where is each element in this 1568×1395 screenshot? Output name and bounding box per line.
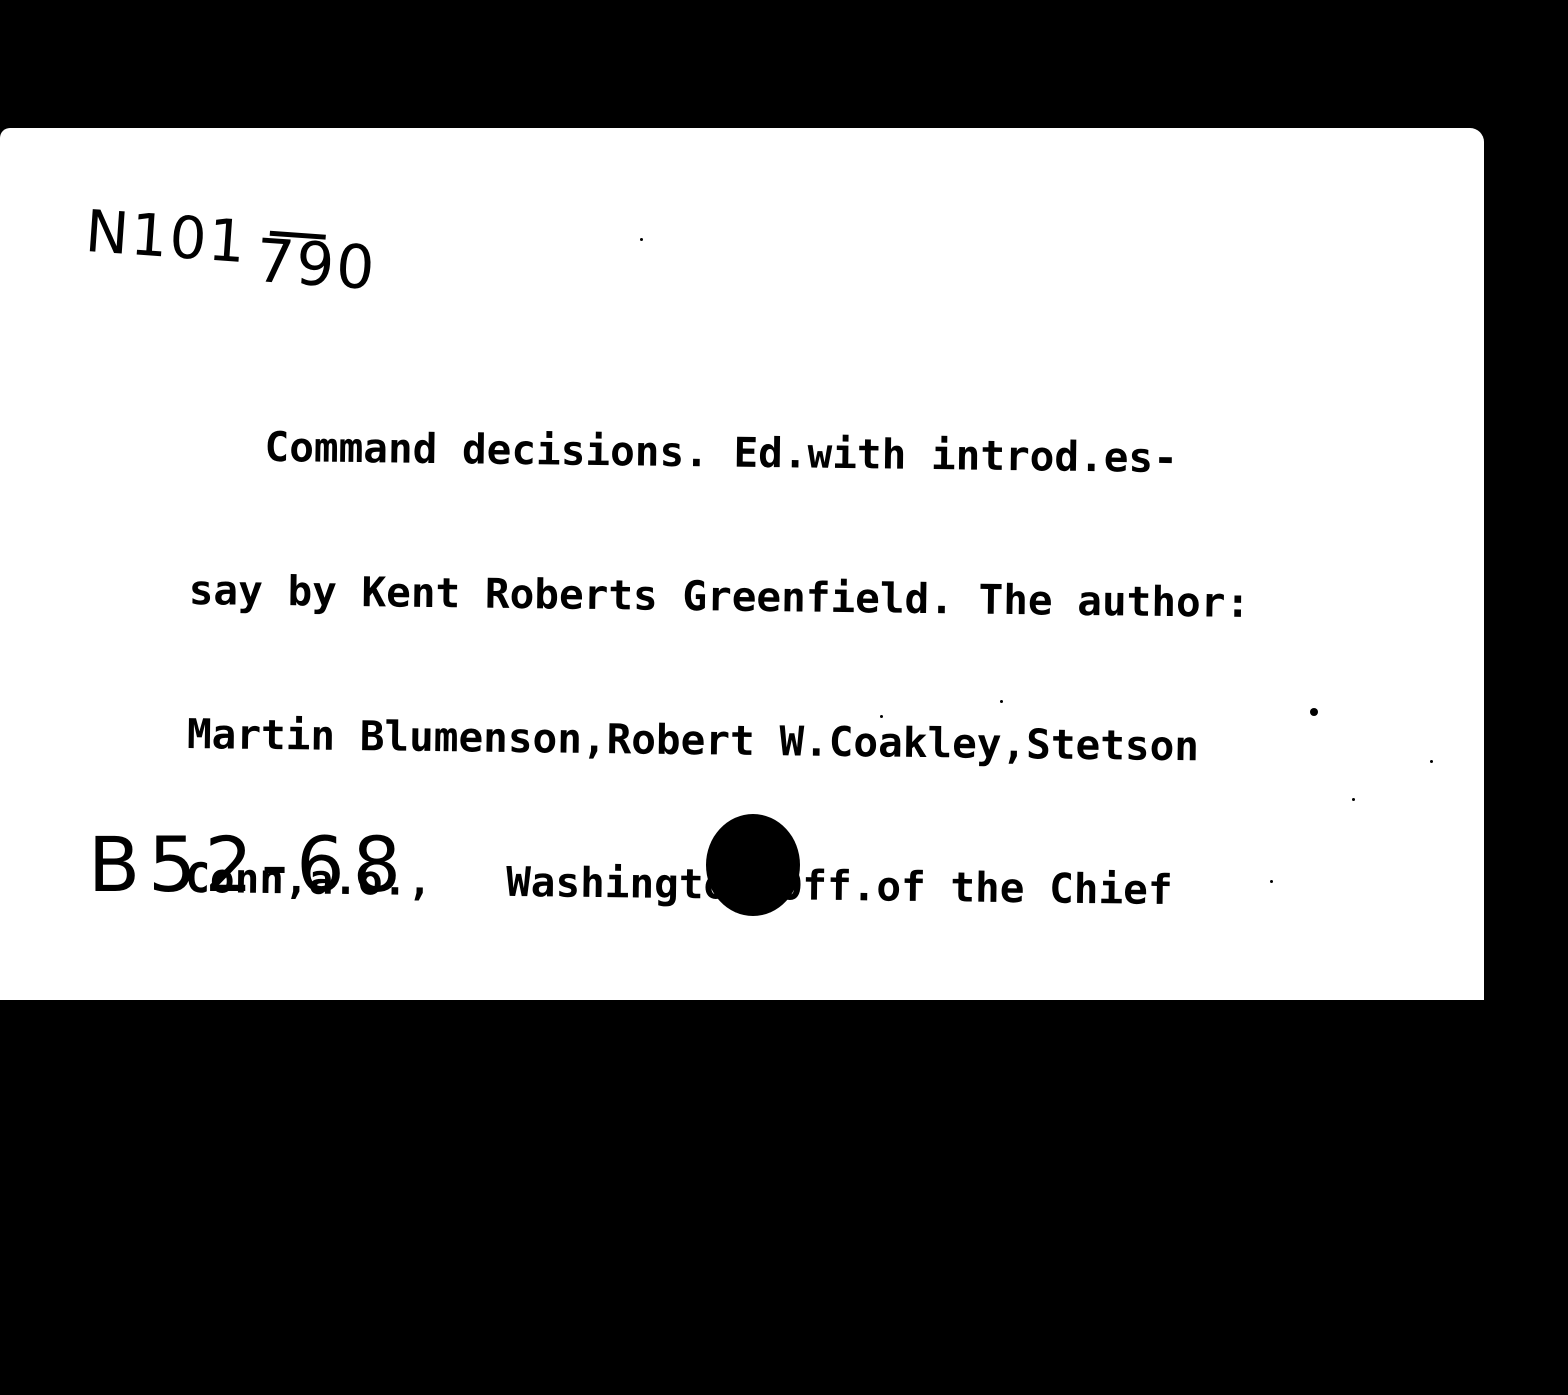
ink-speck <box>560 880 563 883</box>
ink-speck <box>1430 760 1433 763</box>
catalog-line: say by Kent Roberts Greenfield. The auth… <box>188 566 1250 627</box>
catalog-line: of military history U.S.army,1960. <box>183 998 1245 1059</box>
catalog-entry-text: Command decisions. Ed.with introd.es- sa… <box>179 326 1253 1120</box>
ink-speck <box>880 715 883 718</box>
shelfmark-prefix: N101 <box>83 197 249 276</box>
accession-code-handwritten: B52-68 <box>88 820 409 909</box>
ink-speck <box>1310 708 1318 716</box>
ink-speck <box>1270 880 1273 883</box>
catalog-line: Command decisions. Ed.with introd.es- <box>190 422 1252 483</box>
ink-speck <box>640 238 643 241</box>
shelfmark-number: 790 <box>254 226 379 304</box>
ink-speck <box>1352 798 1355 801</box>
punch-hole <box>706 814 800 916</box>
catalog-line: Martin Blumenson,Robert W.Coakley,Stetso… <box>187 710 1249 771</box>
ink-speck <box>1000 700 1003 703</box>
